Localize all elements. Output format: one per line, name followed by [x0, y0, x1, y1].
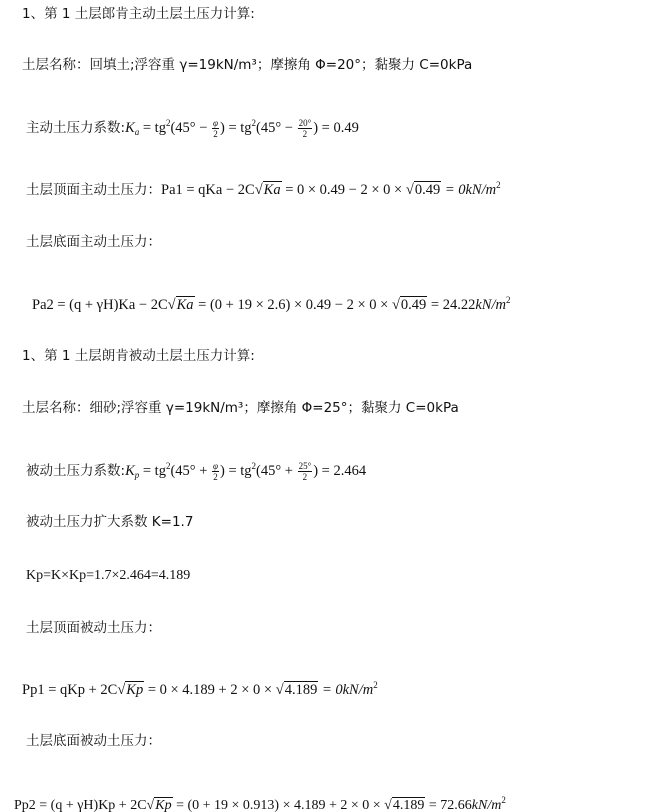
fraction: 25°2: [298, 461, 313, 482]
active-bottom-pressure-formula: Pa2 = (q + γH)Ka − 2C√Ka = (0 + 19 × 2.6…: [32, 290, 510, 315]
passive-bottom-pressure-label: 土层底面被动土压力：: [26, 731, 161, 751]
passive-section-heading: 1、第 1 土层朗肯被动土层土压力计算:: [22, 346, 255, 366]
fraction: φ2: [212, 461, 219, 482]
sqrt-symbol: √Kp: [117, 680, 144, 700]
active-top-pressure-line: 土层顶面主动土压力：Pa1 = qKa − 2C√Ka = 0 × 0.49 −…: [26, 175, 501, 200]
passive-coefficient-label: 被动土压力系数:: [26, 463, 125, 479]
passive-soil-info: 土层名称：细砂;浮容重 γ=19kN/m³；摩擦角 Φ=25°；黏聚力 C=0k…: [22, 398, 459, 418]
active-top-pressure-formula: Pa1 = qKa − 2C√Ka = 0 × 0.49 − 2 × 0 × √…: [161, 182, 501, 198]
sqrt-symbol: √Kp: [147, 796, 173, 812]
active-top-pressure-label: 土层顶面主动土压力：: [26, 182, 161, 198]
sqrt-symbol: √0.49: [406, 180, 441, 200]
passive-top-pressure-formula: Pp1 = qKp + 2C√Kp = 0 × 4.189 + 2 × 0 × …: [22, 675, 378, 700]
passive-top-pressure-label: 土层顶面被动土压力：: [26, 618, 161, 638]
active-coefficient-label: 主动土压力系数:: [26, 120, 125, 136]
sqrt-symbol: √4.189: [276, 680, 319, 700]
passive-kp-calculation: Kp=K×Kp=1.7×2.464=4.189: [26, 566, 190, 586]
passive-bottom-pressure-formula: Pp2 = (q + γH)Kp + 2C√Kp = (0 + 19 × 0.9…: [14, 790, 506, 812]
sqrt-symbol: √0.49: [392, 295, 427, 315]
fraction: φ2: [212, 118, 219, 139]
passive-coefficient-line: 被动土压力系数:Kp = tg2(45° + φ2) = tg2(45° + 2…: [26, 456, 366, 485]
active-coefficient-line: 主动土压力系数:Ka = tg2(45° − φ2) = tg2(45° − 2…: [26, 113, 359, 142]
active-coefficient-formula: Ka = tg2(45° − φ2) = tg2(45° − 20°2) = 0…: [125, 120, 359, 136]
passive-amplify-coefficient: 被动土压力扩大系数 K=1.7: [26, 512, 193, 532]
active-soil-info: 土层名称：回填土;浮容重 γ=19kN/m³；摩擦角 Φ=20°；黏聚力 C=0…: [22, 55, 472, 75]
sqrt-symbol: √4.189: [384, 796, 425, 812]
sqrt-symbol: √Ka: [168, 295, 195, 315]
active-section-heading: 1、第 1 土层郎肯主动土层土压力计算:: [22, 4, 255, 24]
active-bottom-pressure-label: 土层底面主动土压力：: [26, 232, 161, 252]
sqrt-symbol: √Ka: [255, 180, 282, 200]
passive-coefficient-formula: Kp = tg2(45° + φ2) = tg2(45° + 25°2) = 2…: [125, 463, 366, 479]
fraction: 20°2: [298, 118, 313, 139]
